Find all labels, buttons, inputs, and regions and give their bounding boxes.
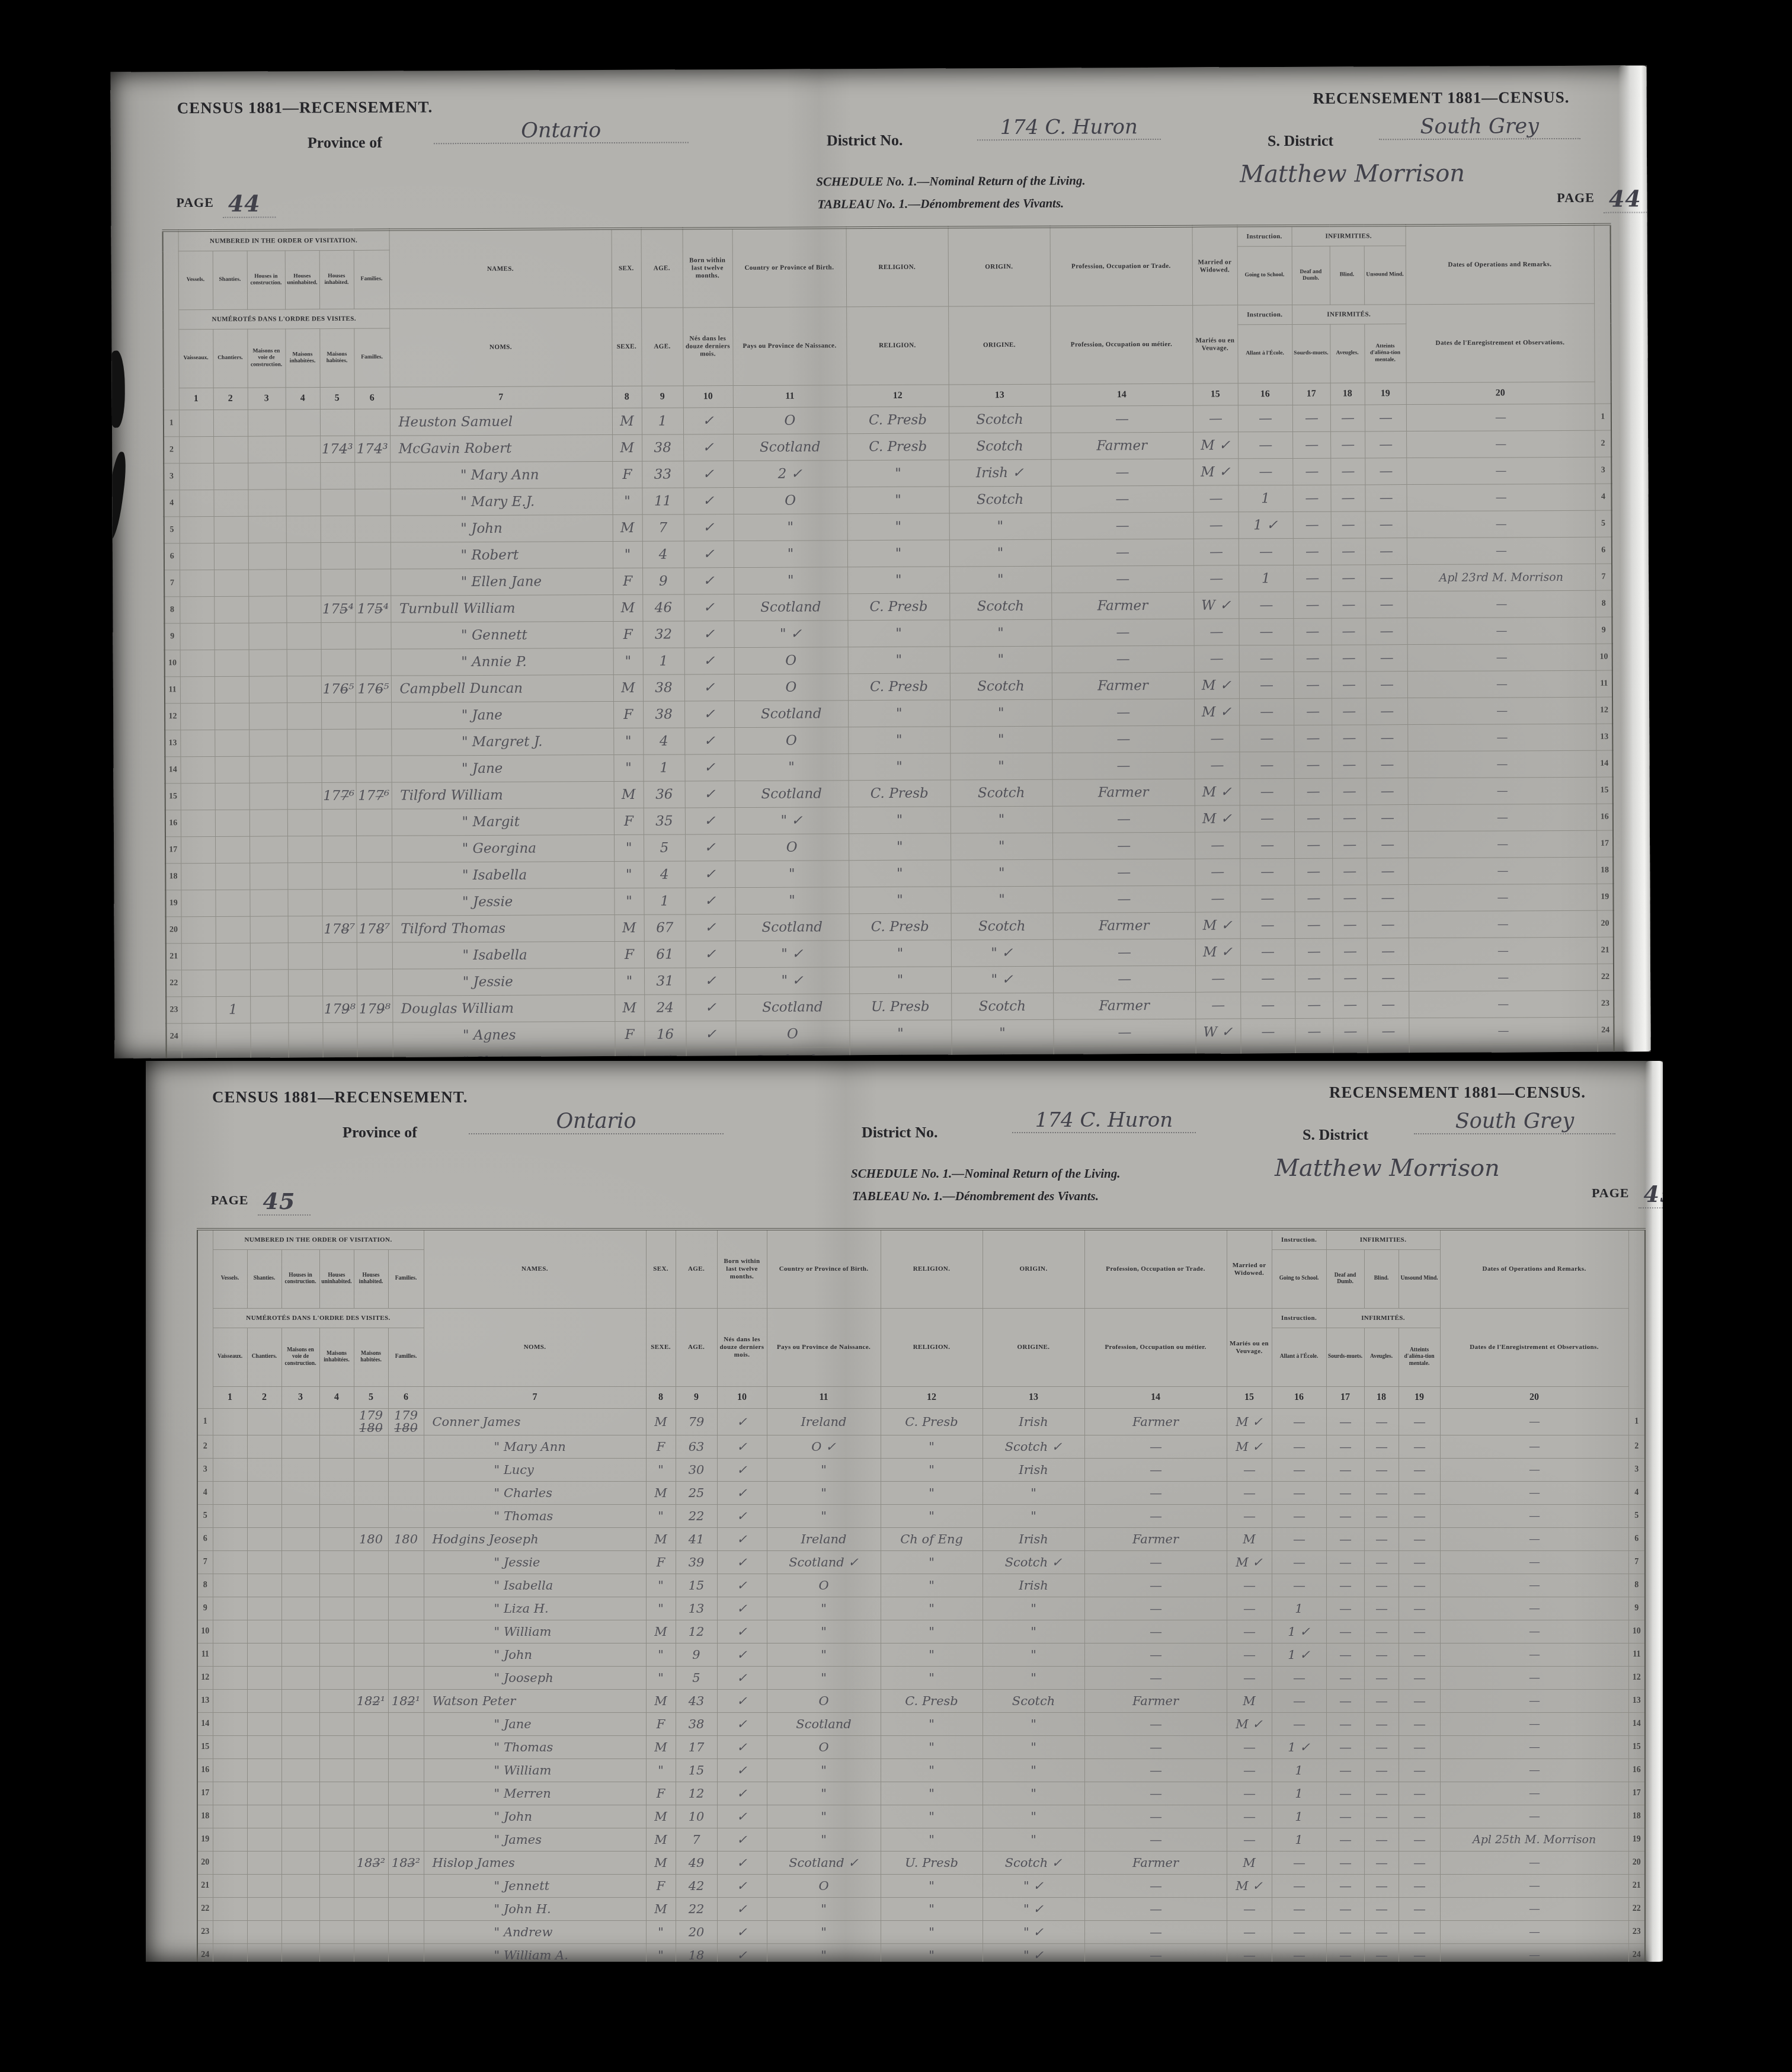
cell-sex: " [614, 888, 644, 915]
cell-origin: " [950, 726, 1052, 753]
cell-vessels [213, 1782, 247, 1805]
col-houses-construction-en: Houses in construction. [247, 251, 285, 309]
cell-houses-construction [281, 1551, 319, 1574]
column-number-6: 6 [354, 387, 390, 409]
cell-families: 183̶² [388, 1852, 424, 1875]
cell-remarks: — [1440, 1551, 1628, 1574]
cell-married: — [1227, 1597, 1272, 1620]
cell-shanties [215, 863, 249, 890]
column-number-10: 10 [717, 1387, 767, 1409]
row-number-right: 23 [1628, 1921, 1645, 1944]
cell-shanties [247, 1828, 281, 1852]
cell-shanties [247, 1574, 281, 1597]
cell-houses-construction [281, 1736, 319, 1759]
cell-unsound-mind: — [1366, 645, 1407, 672]
row-number-right: 8 [1595, 590, 1612, 617]
cell-houses-construction [249, 676, 287, 703]
column-number-11: 11 [733, 385, 847, 408]
cell-age: 67 [644, 915, 686, 941]
cell-born: ✓ [686, 915, 735, 941]
cell-families [355, 569, 391, 596]
cell-school: — [1239, 591, 1293, 618]
cell-vessels [181, 783, 215, 810]
column-number-14: 14 [1084, 1387, 1227, 1409]
col-age-fr: AGE. [676, 1309, 717, 1387]
cell-houses-uninhabited [319, 1643, 354, 1667]
cell-shanties [247, 1597, 281, 1620]
col-houses-uninhabited-en: Houses uninhabited. [319, 1250, 354, 1309]
cell-married: — [1227, 1620, 1272, 1643]
cell-school: 1 [1272, 1782, 1326, 1805]
cell-born: ✓ [684, 514, 734, 541]
cell-remarks: — [1440, 1852, 1628, 1875]
cell-families [355, 542, 391, 569]
table-row: 21" JennettF42✓O"" ✓—M ✓—————21 [197, 1875, 1645, 1898]
col-blind-en: Blind. [1364, 1250, 1399, 1309]
cell-vessels [180, 676, 215, 703]
cell-unsound-mind: — [1368, 1045, 1409, 1059]
cell-blind: — [1332, 725, 1366, 752]
cell-sex: F [615, 941, 644, 968]
cell-born: ✓ [717, 1528, 767, 1551]
table-row: 15" ThomasM17✓O""——1 ✓————15 [197, 1736, 1645, 1759]
col-age-en: AGE. [676, 1229, 717, 1309]
cell-married: — [1193, 619, 1239, 645]
cell-sex: " [646, 1944, 676, 1962]
cell-deaf-dumb: — [1326, 1551, 1364, 1574]
cell-deaf-dumb: — [1326, 1574, 1364, 1597]
cell-blind: — [1333, 912, 1367, 938]
cell-birthplace: " [767, 1459, 881, 1482]
cell-families [357, 1049, 393, 1059]
cell-vessels [213, 1459, 247, 1482]
cell-vessels [213, 1643, 247, 1667]
cell-unsound-mind: — [1399, 1435, 1440, 1459]
cell-origin: Irish [983, 1574, 1084, 1597]
cell-married: — [1193, 539, 1239, 565]
cell-age: 12 [676, 1620, 717, 1643]
page-word: PAGE [176, 195, 214, 210]
cell-houses-construction [249, 703, 287, 730]
cell-origin: " [951, 886, 1052, 913]
row-number-left: 13 [165, 730, 180, 757]
cell-sex: M [646, 1852, 676, 1875]
cell-remarks: — [1407, 484, 1595, 511]
page-word: PAGE [211, 1192, 248, 1207]
cell-houses-construction [281, 1597, 319, 1620]
cell-houses-uninhabited [286, 463, 320, 490]
cell-age: 49 [676, 1852, 717, 1875]
row-number-right: 10 [1596, 644, 1612, 670]
cell-school: — [1272, 1875, 1326, 1898]
subdistrict-label: S. District [1303, 1126, 1368, 1144]
cell-religion: " [881, 1667, 983, 1690]
cell-occupation: — [1084, 1459, 1227, 1482]
cell-shanties: 1 [216, 996, 250, 1023]
cell-married: — [1193, 512, 1239, 539]
cell-birthplace: " [767, 1505, 881, 1528]
left-margin [197, 1229, 213, 1409]
cell-blind: — [1332, 805, 1367, 832]
cell-religion: " [881, 1505, 983, 1528]
cell-born: ✓ [717, 1759, 767, 1782]
cell-families [356, 836, 392, 862]
cell-sex: F [646, 1435, 676, 1459]
cell-remarks: — [1407, 537, 1595, 564]
cell-vessels [181, 916, 216, 943]
cell-vessels [180, 570, 214, 596]
cell-birthplace: O [767, 1574, 881, 1597]
cell-name: Tilford William [392, 781, 614, 809]
cell-name: Hislop James [424, 1852, 646, 1875]
cell-born: ✓ [717, 1828, 767, 1852]
col-vessels-en: Vessels. [178, 251, 213, 309]
col-families-en: Families. [388, 1250, 424, 1309]
row-number-right: 16 [1596, 804, 1613, 830]
cell-houses-inhabited [321, 649, 356, 676]
column-number-9: 9 [676, 1387, 717, 1409]
cell-religion: " [881, 1620, 983, 1643]
cell-shanties [213, 490, 248, 516]
cell-houses-uninhabited [319, 1805, 354, 1828]
cell-age: 5 [676, 1667, 717, 1690]
col-unsound-fr: Atteints d'aliéna-tion mentale. [1364, 324, 1406, 383]
cell-religion: U. Presb [881, 1852, 983, 1875]
cell-birthplace: O [733, 407, 847, 434]
cell-houses-construction [281, 1759, 319, 1782]
cell-houses-uninhabited [288, 970, 322, 996]
col-sex-fr: SEXE. [612, 308, 642, 386]
cell-origin: Scotch [949, 406, 1051, 433]
cell-occupation: — [1084, 1643, 1227, 1667]
cell-name: " Jane [424, 1713, 646, 1736]
cell-born: ✓ [717, 1505, 767, 1528]
cell-houses-uninhabited [319, 1898, 354, 1921]
cell-school: — [1272, 1667, 1326, 1690]
cell-school: — [1240, 992, 1295, 1018]
cell-shanties [213, 410, 248, 436]
row-number-left: 6 [197, 1528, 213, 1551]
cell-vessels [181, 890, 215, 916]
cell-born: ✓ [717, 1713, 767, 1736]
cell-deaf-dumb: — [1326, 1459, 1364, 1482]
cell-unsound-mind: — [1399, 1852, 1440, 1875]
cell-name: Tilford Thomas [392, 915, 615, 942]
cell-birthplace: O [735, 1021, 849, 1048]
cell-occupation: — [1084, 1435, 1227, 1459]
cell-married: M ✓ [1195, 939, 1240, 965]
cell-houses-construction [250, 916, 288, 943]
cell-origin: " ✓ [983, 1898, 1084, 1921]
cell-school: — [1240, 778, 1294, 805]
cell-sex: M [646, 1828, 676, 1852]
cell-unsound-mind: — [1367, 965, 1409, 992]
column-number-13: 13 [949, 384, 1051, 407]
row-number-left: 21 [166, 944, 181, 970]
cell-born: ✓ [686, 968, 735, 995]
cell-vessels [213, 1551, 247, 1574]
row-number-left: 22 [166, 970, 181, 997]
cell-born: ✓ [684, 648, 734, 674]
cell-birthplace: Scotland [767, 1713, 881, 1736]
cell-deaf-dumb: — [1292, 431, 1330, 458]
cell-blind: — [1364, 1597, 1399, 1620]
cell-origin: " [983, 1620, 1084, 1643]
cell-houses-construction [281, 1852, 319, 1875]
cell-religion: " [881, 1921, 983, 1944]
cell-unsound-mind: — [1399, 1409, 1440, 1435]
cell-families [388, 1505, 424, 1528]
cell-name: " John H. [424, 1898, 646, 1921]
row-number-right: 15 [1596, 777, 1613, 804]
cell-families [357, 1022, 392, 1049]
col-unsound-fr: Atteints d'aliéna-tion mentale. [1399, 1328, 1440, 1387]
column-number-18: 18 [1330, 383, 1365, 405]
cell-age: 22 [676, 1505, 717, 1528]
cell-blind: — [1331, 511, 1365, 538]
cell-school: — [1239, 618, 1293, 645]
col-born-fr: Nés dans les douze derniers mois. [683, 308, 733, 386]
cell-houses-inhabited [354, 1574, 388, 1597]
cell-married: M ✓ [1227, 1435, 1272, 1459]
col-houses-construction-en: Houses in construction. [281, 1250, 319, 1309]
cell-remarks: — [1440, 1482, 1628, 1505]
cell-born: ✓ [717, 1944, 767, 1962]
schedule-line-en: SCHEDULE No. 1.—Nominal Return of the Li… [851, 1166, 1120, 1181]
cell-vessels [213, 1667, 247, 1690]
column-number-5: 5 [354, 1387, 388, 1409]
row-number-left: 20 [166, 917, 181, 944]
column-number-7: 7 [390, 386, 612, 409]
cell-families: 179 1̶8̶0̶ [388, 1409, 424, 1435]
cell-age: 31 [644, 968, 686, 995]
cell-religion: C. Presb [849, 780, 951, 807]
cell-name: " Agnes [392, 1021, 615, 1049]
cell-vessels [213, 1574, 247, 1597]
cell-name: " James [424, 1828, 646, 1852]
cell-houses-inhabited [322, 836, 356, 862]
cell-religion: " [881, 1828, 983, 1852]
table-row: 2" Mary AnnF63✓O ✓"Scotch ✓—M ✓—————2 [197, 1435, 1645, 1459]
cell-deaf-dumb: — [1326, 1409, 1364, 1435]
row-number-left: 13 [197, 1690, 213, 1713]
cell-unsound-mind: — [1399, 1828, 1440, 1852]
cell-vessels [179, 463, 213, 490]
page-edge-curl [1618, 65, 1650, 1051]
cell-origin: " [983, 1482, 1084, 1505]
cell-houses-uninhabited [319, 1574, 354, 1597]
table-row: 1179 1̶8̶0̶179 1̶8̶0̶Conner JamesM79✓Ire… [197, 1409, 1645, 1435]
cell-shanties [215, 756, 249, 783]
cell-religion: " [881, 1875, 983, 1898]
cell-religion: " [848, 727, 950, 754]
cell-sex: " [613, 754, 643, 781]
cell-remarks: — [1440, 1409, 1628, 1435]
row-number-left: 14 [165, 757, 180, 784]
cell-families [356, 729, 391, 756]
cell-birthplace: " ✓ [735, 941, 849, 968]
cell-married: — [1194, 645, 1239, 672]
table-row: 22" John H.M22✓""" ✓———————22 [197, 1898, 1645, 1921]
cell-school: 1 ✓ [1272, 1620, 1326, 1643]
cell-vessels [213, 1435, 247, 1459]
cell-sex: M [614, 781, 644, 808]
col-religion-en: RELIGION. [846, 227, 949, 306]
cell-remarks: — [1440, 1528, 1628, 1551]
cell-remarks: — [1406, 457, 1595, 484]
cell-remarks: — [1407, 617, 1595, 644]
cell-school: 1 [1239, 565, 1293, 591]
cell-sex: M [646, 1898, 676, 1921]
cell-sex: M [646, 1620, 676, 1643]
cell-houses-uninhabited [287, 676, 321, 703]
cell-occupation: — [1054, 1045, 1196, 1058]
cell-name: " Jane [391, 754, 613, 782]
census-page-45: CENSUS 1881—RECENSEMENT. RECENSEMENT 188… [146, 1061, 1663, 1962]
cell-deaf-dumb: — [1326, 1898, 1364, 1921]
cell-houses-inhabited [354, 1643, 388, 1667]
cell-married: — [1227, 1782, 1272, 1805]
cell-remarks: — [1440, 1875, 1628, 1898]
cell-name: " Charles [424, 1482, 646, 1505]
cell-families [357, 942, 392, 969]
cell-vessels [181, 943, 216, 970]
cell-married: — [1195, 832, 1240, 859]
cell-origin: " [983, 1505, 1084, 1528]
row-number-right: 5 [1628, 1505, 1645, 1528]
cell-age: 36 [644, 781, 685, 808]
cell-deaf-dumb: — [1295, 992, 1333, 1018]
cell-married: M [1227, 1852, 1272, 1875]
cell-houses-construction [281, 1690, 319, 1713]
cell-birthplace: O [767, 1736, 881, 1759]
cell-sex: " [614, 834, 644, 861]
cell-married: — [1227, 1643, 1272, 1667]
cell-sex: " [614, 861, 644, 888]
cell-origin: " [983, 1667, 1084, 1690]
cell-sex: M [612, 408, 642, 434]
cell-origin: " [949, 566, 1051, 593]
cell-houses-uninhabited [287, 890, 322, 916]
cell-occupation: — [1053, 939, 1195, 966]
cell-origin: " ✓ [951, 939, 1053, 967]
col-houses-inhabited-en: Houses inhabited. [354, 1250, 388, 1309]
cell-houses-construction [281, 1944, 319, 1962]
cell-born: ✓ [683, 408, 733, 434]
census-title-fr: RECENSEMENT 1881—CENSUS. [1329, 1083, 1586, 1102]
cell-origin: " [983, 1805, 1084, 1828]
col-born-en: Born within last twelve months. [717, 1229, 767, 1309]
cell-born: ✓ [717, 1643, 767, 1667]
cell-families [355, 516, 391, 542]
table-row: 18" JohnM10✓"""——1————18 [197, 1805, 1645, 1828]
census-title-fr: RECENSEMENT 1881—CENSUS. [1313, 88, 1569, 108]
cell-houses-uninhabited [286, 410, 320, 436]
cell-unsound-mind: — [1399, 1782, 1440, 1805]
cell-school: — [1239, 725, 1294, 752]
cell-school: — [1240, 832, 1294, 858]
row-number-right: 20 [1628, 1852, 1645, 1875]
cell-unsound-mind: — [1399, 1805, 1440, 1828]
col-infirmities-fr: INFIRMITÉS. [1326, 1309, 1440, 1328]
cell-families [357, 969, 392, 996]
row-number-left: 19 [197, 1828, 213, 1852]
cell-birthplace: " [767, 1944, 881, 1962]
cell-vessels [213, 1620, 247, 1643]
cell-age: 15 [676, 1759, 717, 1782]
cell-blind: — [1364, 1667, 1399, 1690]
col-occupation-en: Profession, Occupation or Trade. [1084, 1229, 1227, 1309]
column-number-19: 19 [1365, 383, 1406, 405]
column-number-18: 18 [1364, 1387, 1399, 1409]
cell-married: — [1227, 1505, 1272, 1528]
cell-unsound-mind: — [1365, 431, 1406, 458]
cell-age: 38 [642, 434, 683, 461]
cell-age: 50 [645, 1048, 686, 1059]
cell-birthplace: " ✓ [734, 621, 847, 648]
cell-age: 42 [676, 1875, 717, 1898]
cell-age: 61 [644, 941, 686, 968]
cell-families: 179̶⁸ [357, 996, 392, 1022]
row-number-right: 20 [1597, 910, 1614, 937]
census-rows: 1179 1̶8̶0̶179 1̶8̶0̶Conner JamesM79✓Ire… [197, 1409, 1645, 1962]
cell-origin: Irish [983, 1409, 1084, 1435]
cell-religion: " [847, 513, 949, 541]
cell-shanties [215, 810, 249, 836]
cell-school: 1 ✓ [1272, 1736, 1326, 1759]
cell-occupation: Farmer [1052, 779, 1195, 806]
col-origin-en: ORIGIN. [948, 227, 1051, 306]
cell-age: 18 [676, 1944, 717, 1962]
row-number-right: 3 [1595, 457, 1611, 484]
cell-vessels [179, 436, 213, 463]
cell-name: McGavin Robert [390, 434, 612, 462]
cell-houses-inhabited [354, 1944, 388, 1962]
column-number-1: 1 [179, 388, 213, 410]
cell-married: — [1195, 965, 1240, 992]
cell-origin: " [951, 806, 1052, 833]
district-label: District No. [862, 1124, 938, 1141]
cell-age: 25 [676, 1482, 717, 1505]
cell-origin: " [952, 1046, 1054, 1058]
cell-origin: " [983, 1759, 1084, 1782]
cell-origin: Scotch [951, 779, 1052, 807]
cell-houses-construction [281, 1620, 319, 1643]
col-group-visitation-en: NUMBERED IN THE ORDER OF VISITATION. [178, 230, 389, 251]
col-deaf-fr: Sourds-muets. [1292, 324, 1330, 383]
row-number-right: 21 [1597, 937, 1614, 964]
row-number-left: 5 [164, 517, 180, 543]
cell-remarks: — [1440, 1898, 1628, 1921]
census-table: NUMBERED IN THE ORDER OF VISITATION. NAM… [162, 223, 1615, 1059]
cell-houses-inhabited [321, 702, 356, 729]
column-number-4: 4 [319, 1387, 354, 1409]
row-number-left: 18 [165, 864, 181, 890]
cell-married: W ✓ [1195, 1019, 1240, 1045]
cell-born: ✓ [686, 1021, 735, 1048]
col-houses-construction-fr: Maisons en voie de construction. [281, 1328, 319, 1387]
cell-houses-uninhabited [288, 1023, 322, 1050]
cell-origin: " [950, 753, 1052, 780]
cell-remarks: — [1408, 884, 1596, 911]
col-married-en: Married or Widowed. [1227, 1229, 1272, 1309]
cell-school: 1 ✓ [1239, 511, 1293, 538]
cell-birthplace: " [767, 1898, 881, 1921]
cell-houses-inhabited [354, 1759, 388, 1782]
cell-houses-construction [281, 1667, 319, 1690]
cell-name: " Mary Ann [390, 461, 612, 489]
cell-origin: " [951, 1019, 1053, 1047]
